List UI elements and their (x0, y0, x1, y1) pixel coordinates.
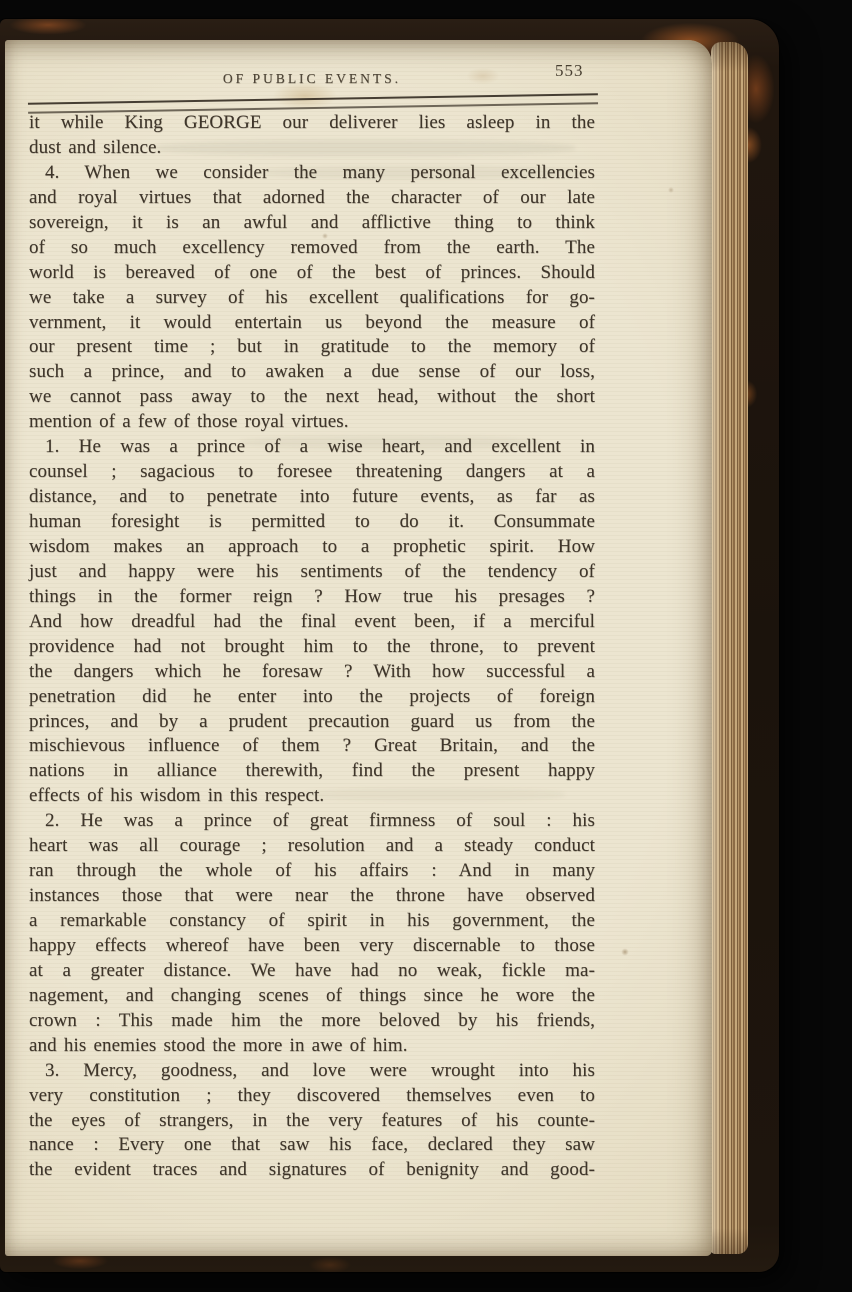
text-line: things in the former reign ? How true hi… (29, 585, 595, 610)
text-line: 1. He was a prince of a wise heart, and … (29, 435, 595, 460)
text-line: mischievous influence of them ? Great Br… (29, 734, 595, 759)
text-line: 3. Mercy, goodness, and love were wrough… (29, 1059, 595, 1084)
text-line: crown : This made him the more beloved b… (29, 1009, 595, 1034)
text-line: mention of a few of those royal virtues. (29, 410, 595, 435)
page-number: 553 (555, 61, 584, 81)
text-line: 4. When we consider the many personal ex… (29, 161, 595, 186)
text-line: princes, and by a prudent precaution gua… (29, 710, 595, 735)
text-line: 2. He was a prince of great firmness of … (29, 809, 595, 834)
text-line: And how dreadful had the final event bee… (29, 610, 595, 635)
book-page: OF PUBLIC EVENTS. 553 it while King GEOR… (5, 40, 712, 1256)
text-line: vernment, it would entertain us beyond t… (29, 311, 595, 336)
text-line: dust and silence. (29, 136, 595, 161)
text-line: penetration did he enter into the projec… (29, 685, 595, 710)
text-line: at a greater distance. We have had no we… (29, 959, 595, 984)
text-line: our present time ; but in gratitude to t… (29, 335, 595, 360)
photo-background: OF PUBLIC EVENTS. 553 it while King GEOR… (0, 0, 852, 1292)
text-line: just and happy were his sentiments of th… (29, 560, 595, 585)
text-line: human foresight is permitted to do it. C… (29, 510, 595, 535)
text-line: counsel ; sagacious to foresee threateni… (29, 460, 595, 485)
text-line: world is bereaved of one of the best of … (29, 261, 595, 286)
text-line: it while King GEORGE our deliverer lies … (29, 111, 595, 136)
text-line: nance : Every one that saw his face, dec… (29, 1133, 595, 1158)
text-line: nations in alliance therewith, find the … (29, 759, 595, 784)
text-line: instances those that were near the thron… (29, 884, 595, 909)
text-line: distance, and to penetrate into future e… (29, 485, 595, 510)
text-line: wisdom makes an approach to a prophetic … (29, 535, 595, 560)
text-line: nagement, and changing scenes of things … (29, 984, 595, 1009)
text-line: providence had not brought him to the th… (29, 635, 595, 660)
text-line: sovereign, it is an awful and afflictive… (29, 211, 595, 236)
text-line: and royal virtues that adorned the chara… (29, 186, 595, 211)
text-line: the dangers which he foresaw ? With how … (29, 660, 595, 685)
text-line: ran through the whole of his affairs : A… (29, 859, 595, 884)
text-line: the evident traces and signatures of ben… (29, 1158, 595, 1183)
text-line: of so much excellency removed from the e… (29, 236, 595, 261)
text-line: a remarkable constancy of spirit in his … (29, 909, 595, 934)
text-line: we cannot pass away to the next head, wi… (29, 385, 595, 410)
text-line: such a prince, and to awaken a due sense… (29, 360, 595, 385)
page-fore-edge (711, 42, 748, 1254)
text-line: very constitution ; they discovered them… (29, 1084, 595, 1109)
text-line: happy effects whereof have been very dis… (29, 934, 595, 959)
text-line: the eyes of strangers, in the very featu… (29, 1109, 595, 1134)
text-line: we take a survey of his excellent qualif… (29, 286, 595, 311)
text-line: and his enemies stood the more in awe of… (29, 1034, 595, 1059)
page-text: it while King GEORGE our deliverer lies … (29, 111, 595, 1183)
text-line: heart was all courage ; resolution and a… (29, 834, 595, 859)
running-title: OF PUBLIC EVENTS. (29, 71, 595, 87)
text-line: effects of his wisdom in this respect. (29, 784, 595, 809)
